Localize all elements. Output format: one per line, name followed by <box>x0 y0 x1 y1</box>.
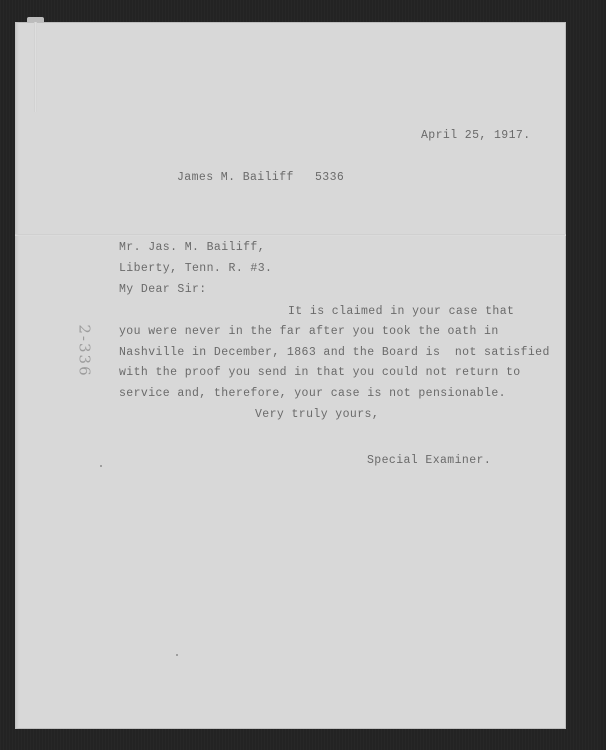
page-edge-shadow <box>15 22 19 729</box>
paper-speck <box>100 465 102 467</box>
body-line: with the proof you send in that you coul… <box>119 367 521 379</box>
reference-name: James M. Bailiff <box>177 172 294 184</box>
paper-crease <box>34 22 37 112</box>
margin-pencil-annotation: 2-336 <box>76 324 94 377</box>
closing: Very truly yours, <box>255 409 379 421</box>
body-line: It is claimed in your case that <box>288 306 514 318</box>
recipient-name: Mr. Jas. M. Bailiff, <box>119 242 265 254</box>
recipient-address: Liberty, Tenn. R. #3. <box>119 263 272 275</box>
fold-line <box>15 234 566 236</box>
letter-date: April 25, 1917. <box>421 130 531 142</box>
body-line: service and, therefore, your case is not… <box>119 388 506 400</box>
reference-number: 5336 <box>315 172 344 184</box>
paper-speck <box>176 654 178 656</box>
letter-page: 2-336 April 25, 1917. James M. Bailiff 5… <box>15 22 566 729</box>
salutation: My Dear Sir: <box>119 284 207 296</box>
body-line: Nashville in December, 1863 and the Boar… <box>119 347 550 359</box>
signature-title: Special Examiner. <box>367 455 491 467</box>
body-line: you were never in the far after you took… <box>119 326 499 338</box>
